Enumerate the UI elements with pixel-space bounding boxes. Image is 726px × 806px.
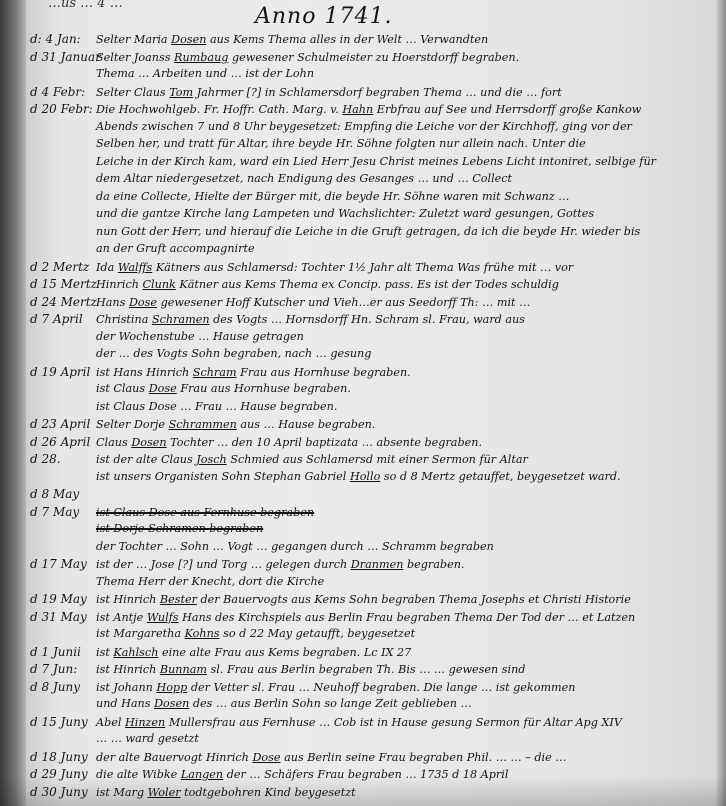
deceased-surname: Dose <box>129 296 157 309</box>
register-entry: der … des Vogts Sohn begraben, nach … ge… <box>30 347 714 367</box>
entry-details: Abends zwischen 7 und 8 Uhr beygesetzet:… <box>96 120 632 133</box>
entry-details: Frau aus Hornhuse begraben. <box>177 382 351 395</box>
entry-date: d 15 Mertz <box>30 277 96 291</box>
entry-text: Claus Dosen Tochter … den 10 April bapti… <box>96 436 482 449</box>
entry-text: Hinrich Clunk Kätner aus Kems Thema ex C… <box>96 278 559 291</box>
entry-text: ist Claus Dose aus Fernhuse begraben <box>96 506 314 519</box>
register-entry: ist Claus Dose Frau aus Hornhuse begrabe… <box>30 382 714 402</box>
entry-details: der … des Vogts Sohn begraben, nach … ge… <box>96 347 371 360</box>
entry-text: an der Gruft accompagnirte <box>96 242 255 255</box>
entry-text: der Tochter … Sohn … Vogt … gegangen dur… <box>96 540 494 553</box>
deceased-surname: Dose <box>252 751 280 764</box>
entry-date: d 17 May <box>30 557 96 571</box>
entry-details: Selben her, und tratt für Altar, ihre be… <box>96 137 586 150</box>
entry-details: aus Kems Thema alles in der Welt … Verwa… <box>206 33 488 46</box>
entry-text: Thema Herr der Knecht, dort die Kirche <box>96 575 324 588</box>
entry-text: ist Johann Hopp der Vetter sl. Frau … Ne… <box>96 681 575 694</box>
entry-date: d 4 Febr: <box>30 85 96 99</box>
register-entry: Thema … Arbeiten und … ist der Lohn <box>30 67 714 87</box>
entry-details: Thema Herr der Knecht, dort die Kirche <box>96 575 324 588</box>
register-entry: d 19 Mayist Hinrich Bester der Bauervogt… <box>30 592 714 612</box>
entry-text: der alte Bauervogt Hinrich Dose aus Berl… <box>96 751 566 764</box>
entry-details: Jahrmer [?] in Schlamersdorf begraben Th… <box>193 86 562 99</box>
entry-prefix: Christina <box>96 313 152 326</box>
entry-date: d 20 Febr: <box>30 102 96 116</box>
entry-text: dem Altar niedergesetzet, nach Endigung … <box>96 172 512 185</box>
entry-text: Christina Schramen des Vogts … Hornsdorf… <box>96 313 525 326</box>
deceased-surname: Dranmen <box>351 558 404 571</box>
entry-text: ist Hinrich Bunnam sl. Frau aus Berlin b… <box>96 663 525 676</box>
entry-details: Thema … Arbeiten und … ist der Lohn <box>96 67 314 80</box>
register-entry: und Hans Dosen des … aus Berlin Sohn so … <box>30 697 714 717</box>
register-page: …us … 4 … Anno 1741. d: 4 Jan:Selter Mar… <box>0 0 726 806</box>
entry-text: Abends zwischen 7 und 8 Uhr beygesetzet:… <box>96 120 632 133</box>
entry-prefix: Selter Claus <box>96 86 169 99</box>
entry-details: der Tochter … Sohn … Vogt … gegangen dur… <box>96 540 494 553</box>
entry-prefix: ist Hans Hinrich <box>96 366 193 379</box>
page-edge <box>716 0 726 806</box>
entry-prefix: ist Hinrich <box>96 593 160 606</box>
entry-details: des Vogts … Hornsdorff Hn. Schram sl. Fr… <box>210 313 525 326</box>
entry-text: ist Marg Woler todtgebohren Kind beygese… <box>96 786 356 799</box>
entry-text: ist unsers Organisten Sohn Stephan Gabri… <box>96 470 621 483</box>
entry-prefix: ist Claus <box>96 382 149 395</box>
entry-date: d 7 April <box>30 312 96 326</box>
entry-text: Abel Hinzen Mullersfrau aus Fernhuse … C… <box>96 716 622 729</box>
entry-prefix: ist Hinrich <box>96 663 160 676</box>
register-entry: d 30 Junyist Marg Woler todtgebohren Kin… <box>30 785 714 805</box>
register-entry: d 29 Junydie alte Wibke Langen der … Sch… <box>30 767 714 787</box>
deceased-surname: Dosen <box>171 33 206 46</box>
entry-details: gewesener Schulmeister zu Hoerstdorff be… <box>228 51 519 64</box>
entry-details: ist Dorje Schramen begraben <box>96 522 263 535</box>
entry-prefix: der alte Bauervogt Hinrich <box>96 751 252 764</box>
entry-details: sl. Frau aus Berlin begraben Th. Bis … …… <box>207 663 525 676</box>
register-entry: ist Margaretha Kohns so d 22 May getauff… <box>30 627 714 647</box>
register-entry: d 23 AprilSelter Dorje Schrammen aus … H… <box>30 417 714 437</box>
entry-details: begraben. <box>403 558 464 571</box>
entry-date: d 31 Januar <box>30 50 96 64</box>
entry-details: Mullersfrau aus Fernhuse … Cob ist in Ha… <box>165 716 622 729</box>
entry-date: d 7 May <box>30 505 96 519</box>
deceased-surname: Hopp <box>156 681 187 694</box>
entry-text: nun Gott der Herr, und hierauf die Leich… <box>96 225 640 238</box>
entry-text: ist der alte Claus Josch Schmied aus Sch… <box>96 453 528 466</box>
entry-text: ist Dorje Schramen begraben <box>96 522 263 535</box>
register-entry: d: 4 Jan:Selter Maria Dosen aus Kems The… <box>30 32 714 52</box>
entry-text: ist Kahlsch eine alte Frau aus Kems begr… <box>96 646 411 659</box>
entry-text: und die gantze Kirche lang Lampeten und … <box>96 207 594 220</box>
entry-date: d 26 April <box>30 435 96 449</box>
register-entry: d 20 Febr:Die Hochwohlgeb. Fr. Hoffr. Ca… <box>30 102 714 122</box>
deceased-surname: Hollo <box>350 470 380 483</box>
entry-text: Thema … Arbeiten und … ist der Lohn <box>96 67 314 80</box>
entry-details: ist Claus Dose … Frau … Hause begraben. <box>96 400 337 413</box>
entry-date: d 8 May <box>30 487 96 501</box>
entry-prefix: ist Margaretha <box>96 627 185 640</box>
entry-text: ist Hinrich Bester der Bauervogts aus Ke… <box>96 593 631 606</box>
entry-text: Selter Dorje Schrammen aus … Hause begra… <box>96 418 375 431</box>
entry-prefix: ist Marg <box>96 786 148 799</box>
deceased-surname: Walffs <box>118 261 152 274</box>
entry-text: der … des Vogts Sohn begraben, nach … ge… <box>96 347 371 360</box>
deceased-surname: Clunk <box>143 278 176 291</box>
entry-text: Leiche in der Kirch kam, ward ein Lied H… <box>96 155 656 168</box>
deceased-surname: Hinzen <box>125 716 165 729</box>
entry-prefix: ist Antje <box>96 611 147 624</box>
entry-details: … … ward gesetzt <box>96 732 199 745</box>
deceased-surname: Dose <box>149 382 177 395</box>
entry-text: Ida Walffs Kätners aus Schlamersd: Tocht… <box>96 261 573 274</box>
register-entry: d 8 May <box>30 487 714 507</box>
entry-details: nun Gott der Herr, und hierauf die Leich… <box>96 225 640 238</box>
entry-prefix: Hinrich <box>96 278 143 291</box>
entry-date: d: 4 Jan: <box>30 32 96 46</box>
entry-details: so d 22 May getaufft, beygesetzet <box>220 627 416 640</box>
entry-prefix: Ida <box>96 261 118 274</box>
register-entry: d 15 MertzHinrich Clunk Kätner aus Kems … <box>30 277 714 297</box>
deceased-surname: Bunnam <box>160 663 207 676</box>
entry-text: ist Margaretha Kohns so d 22 May getauff… <box>96 627 415 640</box>
entry-text: der Wochenstube … Hause getragen <box>96 330 304 343</box>
entry-date: d 2 Mertz <box>30 260 96 274</box>
deceased-surname: Dosen <box>131 436 166 449</box>
entry-text: da eine Collecte, Hielte der Bürger mit,… <box>96 190 569 203</box>
entry-date: d 19 May <box>30 592 96 606</box>
register-entry: d 28.ist der alte Claus Josch Schmied au… <box>30 452 714 472</box>
entry-text: Die Hochwohlgeb. Fr. Hoffr. Cath. Marg. … <box>96 103 641 116</box>
entry-date: d 1 Junii <box>30 645 96 659</box>
entry-details: und die gantze Kirche lang Lampeten und … <box>96 207 594 220</box>
entry-date: d 19 April <box>30 365 96 379</box>
entry-details: gewesener Hoff Kutscher und Vieh…er aus … <box>157 296 530 309</box>
entry-details: der Wochenstube … Hause getragen <box>96 330 304 343</box>
entry-details: Hans des Kirchspiels aus Berlin Frau beg… <box>179 611 636 624</box>
register-entry: d 7 AprilChristina Schramen des Vogts … … <box>30 312 714 332</box>
entry-details: der Bauervogts aus Kems Sohn begraben Th… <box>197 593 631 606</box>
deceased-surname: Woler <box>148 786 181 799</box>
entry-prefix: die alte Wibke <box>96 768 181 781</box>
entry-date: d 23 April <box>30 417 96 431</box>
entry-details: Schmied aus Schlamersd mit einer Sermon … <box>227 453 528 466</box>
entry-details: des … aus Berlin Sohn so lange Zeit gebl… <box>189 697 471 710</box>
entry-details: Tochter … den 10 April baptizata … absen… <box>167 436 482 449</box>
entry-prefix: Selter Joanss <box>96 51 174 64</box>
entry-prefix: und Hans <box>96 697 154 710</box>
register-entry: … … ward gesetzt <box>30 732 714 752</box>
deceased-surname: Tom <box>169 86 193 99</box>
deceased-surname: Langen <box>181 768 223 781</box>
entry-date: d 29 Juny <box>30 767 96 781</box>
entry-details: an der Gruft accompagnirte <box>96 242 255 255</box>
previous-page-fragment: …us … 4 … <box>48 0 123 11</box>
entry-date: d 31 May <box>30 610 96 624</box>
entry-details: todtgebohren Kind beygesetzt <box>181 786 356 799</box>
entry-text: die alte Wibke Langen der … Schäfers Fra… <box>96 768 508 781</box>
book-binding <box>0 0 26 806</box>
register-entry: dem Altar niedergesetzet, nach Endigung … <box>30 172 714 192</box>
entry-text: ist Claus Dose Frau aus Hornhuse begrabe… <box>96 382 351 395</box>
entry-details: Frau aus Hornhuse begraben. <box>237 366 411 379</box>
year-heading: Anno 1741. <box>255 4 392 29</box>
deceased-surname: Schrammen <box>169 418 237 431</box>
entry-details: Leiche in der Kirch kam, ward ein Lied H… <box>96 155 656 168</box>
entry-text: ist Hans Hinrich Schram Frau aus Hornhus… <box>96 366 411 379</box>
deceased-surname: Josch <box>196 453 226 466</box>
entry-prefix: ist <box>96 646 113 659</box>
entry-date: d 15 Juny <box>30 715 96 729</box>
entry-details: Kätners aus Schlamersd: Tochter 1½ Jahr … <box>152 261 573 274</box>
entry-date: d 28. <box>30 452 96 466</box>
deceased-surname: Bester <box>160 593 197 606</box>
entry-text: … … ward gesetzt <box>96 732 199 745</box>
entry-prefix: ist Johann <box>96 681 156 694</box>
entry-text: ist der … Jose [?] und Torg … gelegen du… <box>96 558 464 571</box>
entry-prefix: Claus <box>96 436 131 449</box>
register-entry: d 17 Mayist der … Jose [?] und Torg … ge… <box>30 557 714 577</box>
register-entry: Selben her, und tratt für Altar, ihre be… <box>30 137 714 157</box>
entry-details: aus Berlin seine Frau begraben Phil. … …… <box>281 751 567 764</box>
deceased-surname: Dosen <box>154 697 189 710</box>
entry-prefix: Hans <box>96 296 129 309</box>
deceased-surname: Schramen <box>152 313 210 326</box>
entry-text: Selter Maria Dosen aus Kems Thema alles … <box>96 33 488 46</box>
entry-text: Selben her, und tratt für Altar, ihre be… <box>96 137 586 150</box>
entry-date: d 30 Juny <box>30 785 96 799</box>
entry-text: ist Claus Dose … Frau … Hause begraben. <box>96 400 337 413</box>
entry-date: d 18 Juny <box>30 750 96 764</box>
deceased-surname: Kahlsch <box>113 646 158 659</box>
deceased-surname: Rumbaug <box>174 51 228 64</box>
entry-prefix: Die Hochwohlgeb. Fr. Hoffr. Cath. Marg. … <box>96 103 342 116</box>
entry-text: Selter Joanss Rumbaug gewesener Schulmei… <box>96 51 519 64</box>
entry-prefix: ist der alte Claus <box>96 453 196 466</box>
entry-prefix: ist der … Jose [?] und Torg … gelegen du… <box>96 558 351 571</box>
entry-details: dem Altar niedergesetzet, nach Endigung … <box>96 172 512 185</box>
entry-details: aus … Hause begraben. <box>237 418 376 431</box>
entry-text: Selter Claus Tom Jahrmer [?] in Schlamer… <box>96 86 562 99</box>
entry-text: Hans Dose gewesener Hoff Kutscher und Vi… <box>96 296 530 309</box>
entry-prefix: ist unsers Organisten Sohn Stephan Gabri… <box>96 470 350 483</box>
entry-details: Kätner aus Kems Thema ex Concip. pass. E… <box>176 278 559 291</box>
entry-details: der … Schäfers Frau begraben … 1735 d 18… <box>223 768 508 781</box>
entry-prefix: Abel <box>96 716 125 729</box>
entry-details: ist Claus Dose aus Fernhuse begraben <box>96 506 314 519</box>
entry-text: ist Antje Wulfs Hans des Kirchspiels aus… <box>96 611 635 624</box>
entry-details: Erbfrau auf See und Herrsdorff große Kan… <box>373 103 641 116</box>
register-entry: ist Dorje Schramen begraben <box>30 522 714 542</box>
entry-prefix: Selter Maria <box>96 33 171 46</box>
entry-prefix: Selter Dorje <box>96 418 169 431</box>
entry-date: d 7 Jun: <box>30 662 96 676</box>
register-entry: und die gantze Kirche lang Lampeten und … <box>30 207 714 227</box>
register-entry: an der Gruft accompagnirte <box>30 242 714 262</box>
entry-date: d 24 Mertz <box>30 295 96 309</box>
deceased-surname: Hahn <box>342 103 373 116</box>
deceased-surname: Kohns <box>185 627 220 640</box>
deceased-surname: Schram <box>193 366 237 379</box>
entry-text: und Hans Dosen des … aus Berlin Sohn so … <box>96 697 472 710</box>
entry-date: d 8 Juny <box>30 680 96 694</box>
entry-details: da eine Collecte, Hielte der Bürger mit,… <box>96 190 569 203</box>
deceased-surname: Wulfs <box>147 611 179 624</box>
register-entry: d 7 Jun:ist Hinrich Bunnam sl. Frau aus … <box>30 662 714 682</box>
entry-details: eine alte Frau aus Kems begraben. Lc IX … <box>158 646 411 659</box>
entry-details: so d 8 Mertz getauffet, beygesetzet ward… <box>380 470 620 483</box>
entry-details: der Vetter sl. Frau … Neuhoff begraben. … <box>187 681 575 694</box>
